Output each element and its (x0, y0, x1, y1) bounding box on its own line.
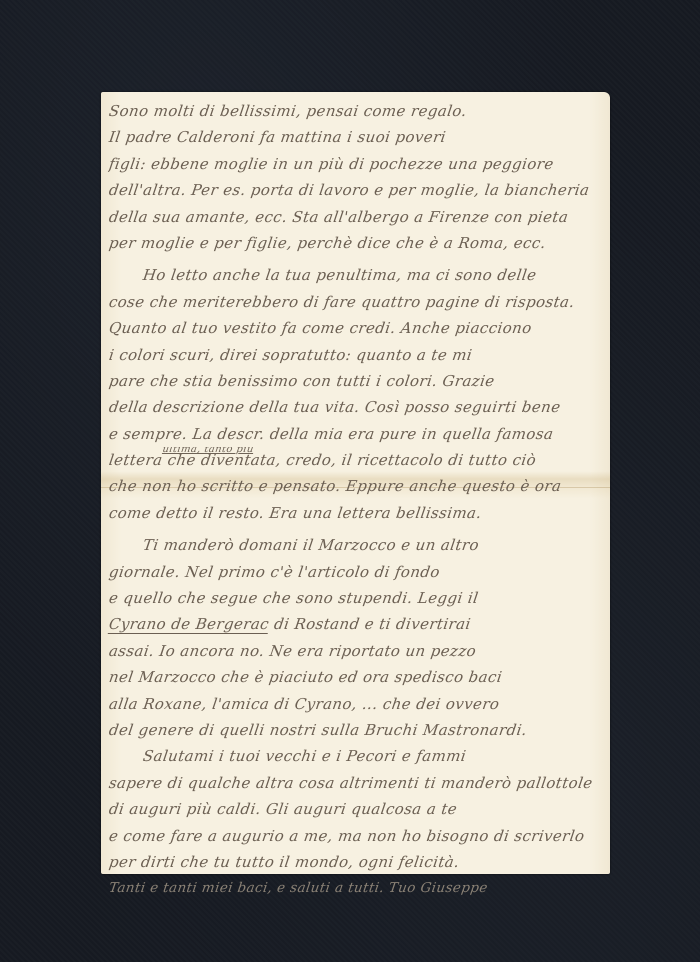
text-line: e come fare a augurio a me, ma non ho bi… (107, 823, 606, 849)
underlined-title: Cyrano de Bergerac (108, 615, 271, 633)
text-line: Il padre Calderoni fa mattina i suoi pov… (107, 124, 606, 150)
text-line: alla Roxane, l'amica di Cyrano, ... che … (107, 691, 606, 717)
text-line: e sempre. La descr. della mia era pure i… (107, 421, 606, 447)
text-line: per dirti che tu tutto il mondo, ogni fe… (107, 849, 606, 875)
text-line: come detto il resto. Era una lettera bel… (107, 500, 606, 526)
line-text: Cyrano de Bergerac di Rostand e ti diver… (108, 615, 472, 633)
text-line: Sono molti di bellissimi, pensai come re… (107, 98, 606, 124)
text-line: e quello che segue che sono stupendi. Le… (107, 585, 606, 611)
text-line: nel Marzocco che è piaciuto ed ora spedi… (107, 664, 606, 690)
text-line-underlined-title: Cyrano de Bergerac di Rostand e ti diver… (107, 611, 606, 637)
text-line: Quanto al tuo vestito fa come credi. Anc… (107, 315, 606, 341)
handwritten-text: Sono molti di bellissimi, pensai come re… (109, 98, 604, 902)
closing-line: Tanti e tanti miei baci, e saluti a tutt… (107, 875, 606, 901)
text-line: dell'altra. Per es. porta di lavoro e pe… (107, 177, 606, 203)
text-line: di auguri più caldi. Gli auguri qualcosa… (107, 796, 606, 822)
text-line: figli: ebbene moglie in un più di pochez… (107, 151, 606, 177)
text-line: Ho letto anche la tua penultima, ma ci s… (107, 262, 606, 288)
interlinear-note: ultima, tanto più (161, 447, 256, 463)
text-line: per moglie e per figlie, perchè dice che… (107, 230, 606, 256)
text-line: della sua amante, ecc. Sta all'albergo a… (107, 204, 606, 230)
text-line-with-note: lettera che diventata, credo, il ricetta… (107, 447, 606, 473)
text-line: pare che stia benissimo con tutti i colo… (107, 368, 606, 394)
text-line: assai. Io ancora no. Ne era riportato un… (107, 638, 606, 664)
text-line: i colori scuri, direi sopratutto: quanto… (107, 342, 606, 368)
text-line: sapere di qualche altra cosa altrimenti … (107, 770, 606, 796)
text-line: Salutami i tuoi vecchi e i Pecori e famm… (107, 743, 606, 769)
text-line: giornale. Nel primo c'è l'articolo di fo… (107, 559, 606, 585)
letter-page: Sono molti di bellissimi, pensai come re… (101, 92, 610, 874)
text-line: Ti manderò domani il Marzocco e un altro (107, 532, 606, 558)
text-line: del genere di quelli nostri sulla Bruchi… (107, 717, 606, 743)
text-line: cose che meriterebbero di fare quattro p… (107, 289, 606, 315)
text-line: che non ho scritto e pensato. Eppure anc… (107, 473, 606, 499)
text-line: della descrizione della tua vita. Così p… (107, 394, 606, 420)
